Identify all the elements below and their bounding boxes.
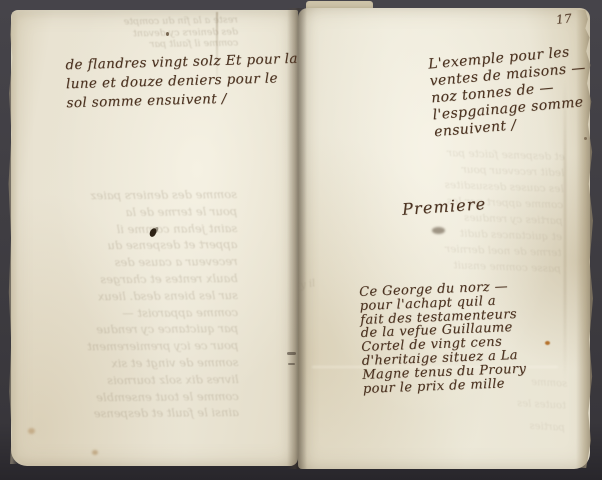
showthrough-line: somme de vingt et six [30,354,238,373]
showthrough-line: comme le tout ensemble [31,388,239,407]
showthrough-line: livres dix solz tournois [31,371,239,390]
showthrough-line: parties [496,414,565,440]
showthrough-line: pour ce icy premierement [30,337,238,356]
showthrough-line: somme des deniers paiez [29,186,237,205]
showthrough-line: saint jehan comme il [29,220,237,239]
foxing-spot [92,450,98,455]
foxing-spot [28,428,35,434]
ink-smudge [432,227,445,234]
showthrough-line: par quictance cy rendue [30,320,238,339]
showthrough-block-left-top: reste a la fin du compte des deniers cy … [68,15,239,52]
showthrough-block-left-mid: somme des deniers paiez pour le terme de… [29,186,239,423]
manuscript-scan: reste a la fin du compte des deniers cy … [0,0,602,480]
binding-stitch [287,352,296,355]
showthrough-line: receveur a cause des [30,253,238,272]
left-page-deckle-edge [8,12,18,464]
showthrough-line: baulx rentes et charges [30,270,238,289]
showthrough-line: comme apparoist — [30,304,238,323]
showthrough-line: ainsi le fault et despense [31,404,239,423]
right-page-entry: Ce George du norz — pour l'achapt quil a… [359,278,569,396]
showthrough-line: sur les biens desd. lieux [30,287,238,306]
showthrough-line: pour le terme de la [29,203,237,222]
showthrough-line: appert et despense du [29,236,237,255]
right-page-heading: L'exemple pour les ventes de maisons — n… [428,42,602,142]
binding-stitch [288,363,295,365]
foxing-spot [584,137,587,140]
folio-number: 17 [555,11,572,27]
left-page-entry: de flandres vingt solz Et pour la lune e… [65,50,302,114]
foxing-spot [166,32,169,36]
